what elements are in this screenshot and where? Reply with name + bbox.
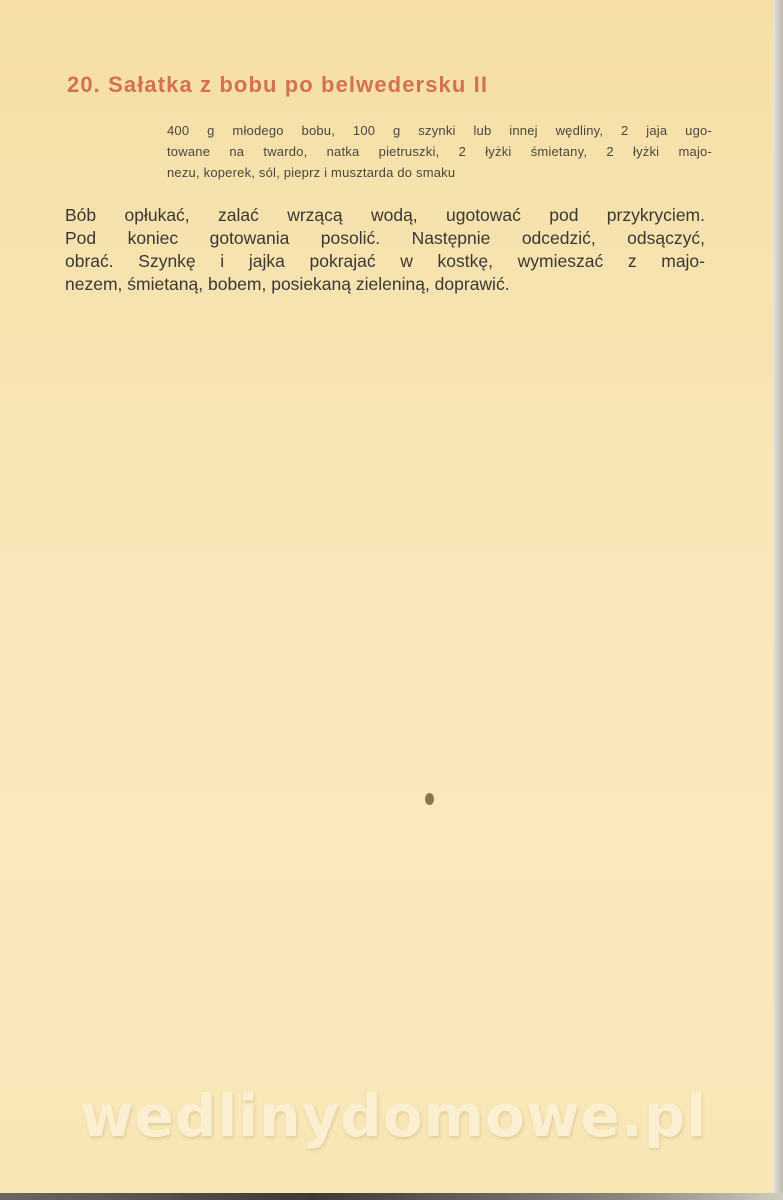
instructions-line: nezem, śmietaną, bobem, posiekaną zielen… <box>65 273 705 296</box>
ingredients-line: towane na twardo, natka pietruszki, 2 ły… <box>167 141 712 162</box>
scanned-page: 20. Sałatka z bobu po belwedersku II 400… <box>0 0 775 1193</box>
ingredients-list: 400 g młodego bobu, 100 g szynki lub inn… <box>167 120 712 183</box>
recipe-title: 20. Sałatka z bobu po belwedersku II <box>67 72 488 98</box>
instructions-line: Bób opłukać, zalać wrzącą wodą, ugotować… <box>65 204 705 227</box>
ingredients-line: 400 g młodego bobu, 100 g szynki lub inn… <box>167 120 712 141</box>
page-edge <box>773 0 783 1200</box>
watermark: wedlinydomowe.pl <box>80 1082 707 1150</box>
instructions-line: obrać. Szynkę i jajka pokrajać w kostkę,… <box>65 250 705 273</box>
instructions-line: Pod koniec gotowania posolić. Następnie … <box>65 227 705 250</box>
ingredients-line: nezu, koperek, sól, pieprz i musztarda d… <box>167 162 712 183</box>
paper-stain <box>425 793 434 805</box>
instructions-paragraph: Bób opłukać, zalać wrzącą wodą, ugotować… <box>65 204 705 296</box>
scan-bottom-edge <box>0 1193 783 1200</box>
